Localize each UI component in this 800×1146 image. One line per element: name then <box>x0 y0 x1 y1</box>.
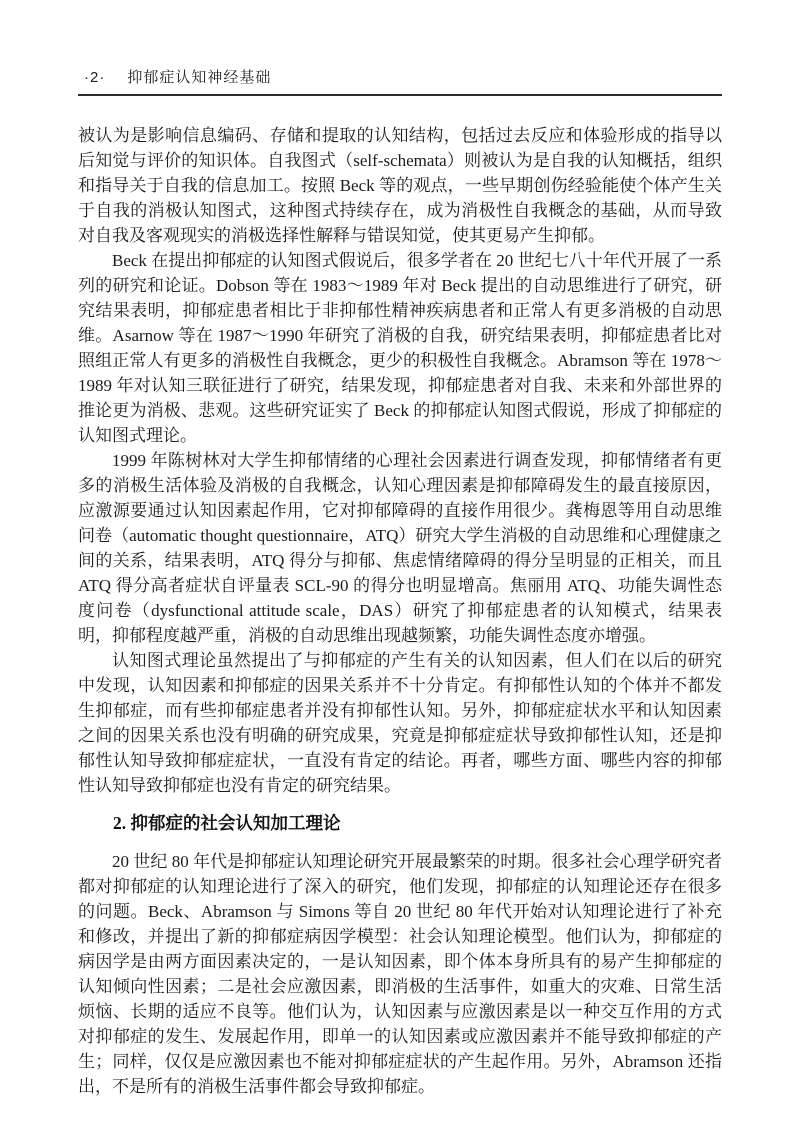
header-rule <box>78 94 722 96</box>
body-paragraph: 1999 年陈树林对大学生抑郁情绪的心理社会因素进行调查发现，抑郁情绪者有更多的… <box>78 448 722 648</box>
page-number: ·2· <box>84 69 105 86</box>
page-body: 被认为是影响信息编码、存储和提取的认知结构，包括过去反应和体验形成的指导以后知觉… <box>78 123 722 1099</box>
book-page: ·2· 抑郁症认知神经基础 被认为是影响信息编码、存储和提取的认知结构，包括过去… <box>0 0 800 1146</box>
body-paragraph-continuation: 被认为是影响信息编码、存储和提取的认知结构，包括过去反应和体验形成的指导以后知觉… <box>78 123 722 248</box>
body-paragraph: 20 世纪 80 年代是抑郁症认知理论研究开展最繁荣的时期。很多社会心理学研究者… <box>78 849 722 1099</box>
section-heading: 2. 抑郁症的社会认知加工理论 <box>78 811 722 836</box>
running-head-title: 抑郁症认知神经基础 <box>127 66 271 87</box>
body-paragraph: 认知图式理论虽然提出了与抑郁症的产生有关的认知因素，但人们在以后的研究中发现，认… <box>78 648 722 798</box>
body-paragraph: Beck 在提出抑郁症的认知图式假说后，很多学者在 20 世纪七八十年代开展了一… <box>78 248 722 448</box>
page-header: ·2· 抑郁症认知神经基础 <box>78 66 722 87</box>
